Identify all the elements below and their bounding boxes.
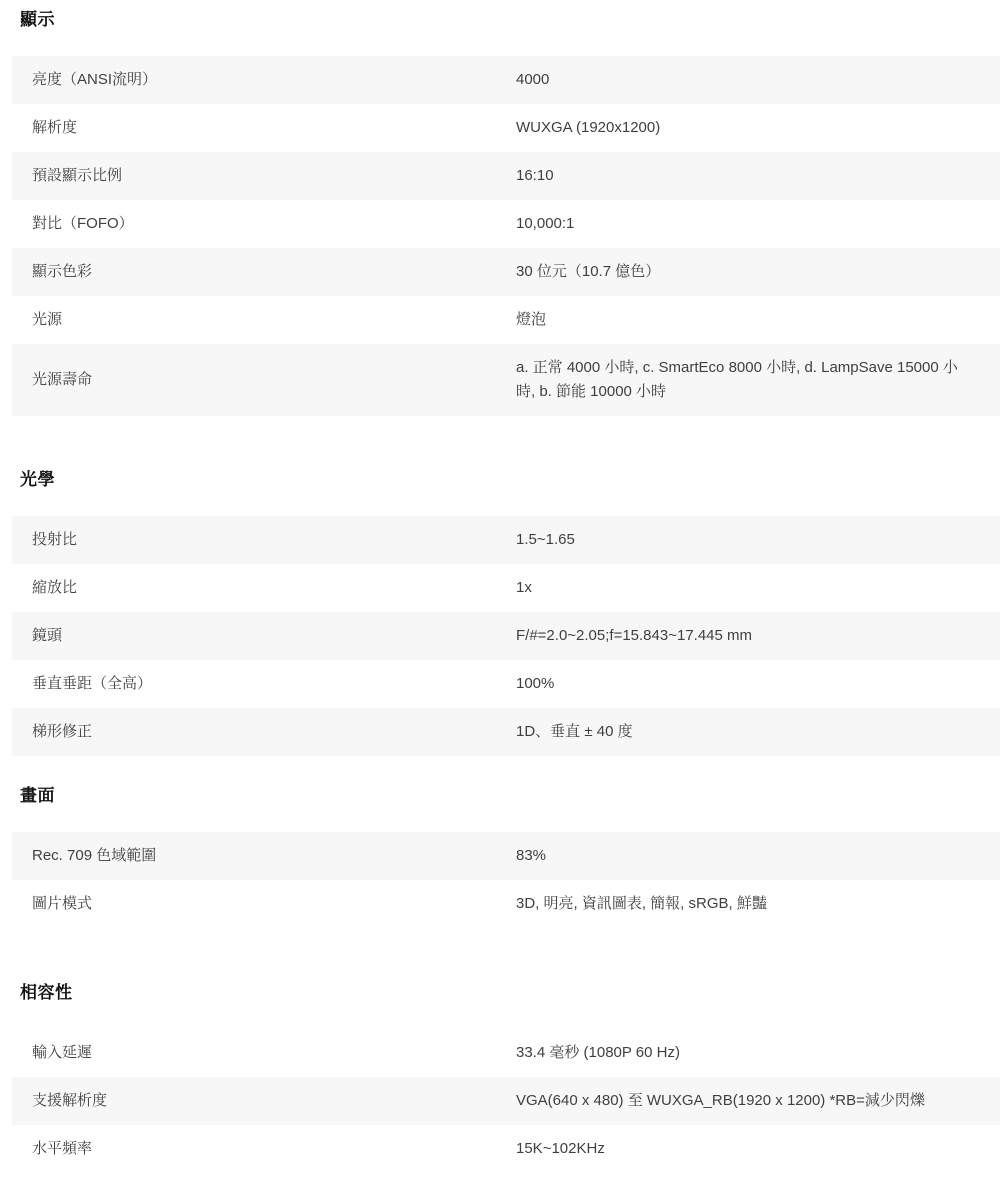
spec-value: 16:10 [516, 164, 970, 188]
spec-value: 4000 [516, 68, 970, 92]
spec-label: 圖片模式 [32, 892, 516, 916]
spec-value: VGA(640 x 480) 至 WUXGA_RB(1920 x 1200) *… [516, 1089, 970, 1113]
spec-row: 對比（FOFO）10,000:1 [12, 200, 1000, 248]
spec-value: 1D、垂直 ± 40 度 [516, 720, 970, 744]
spec-label: 支援解析度 [32, 1089, 516, 1113]
section-title-compatibility: 相容性 [0, 983, 1000, 1003]
spec-row: 光源壽命a. 正常 4000 小時, c. SmartEco 8000 小時, … [12, 344, 1000, 416]
spec-label: 縮放比 [32, 576, 516, 600]
spec-label: 光源 [32, 308, 516, 332]
spec-row: 輸入延遲33.4 毫秒 (1080P 60 Hz) [12, 1029, 1000, 1077]
spec-row: 支援解析度VGA(640 x 480) 至 WUXGA_RB(1920 x 12… [12, 1077, 1000, 1125]
spec-value: 3D, 明亮, 資訊圖表, 簡報, sRGB, 鮮豔 [516, 892, 970, 916]
spec-value: a. 正常 4000 小時, c. SmartEco 8000 小時, d. L… [516, 356, 970, 404]
spec-value: 10,000:1 [516, 212, 970, 236]
spec-page: 顯示亮度（ANSI流明）4000解析度WUXGA (1920x1200)預設顯示… [0, 0, 1000, 1200]
spec-label: Rec. 709 色域範圍 [32, 844, 516, 868]
spec-row: 垂直垂距（全高）100% [12, 660, 1000, 708]
section-compatibility: 相容性輸入延遲33.4 毫秒 (1080P 60 Hz)支援解析度VGA(640… [0, 983, 1000, 1173]
spec-label: 顯示色彩 [32, 260, 516, 284]
section-optics: 光學投射比1.5~1.65縮放比1x鏡頭F/#=2.0~2.05;f=15.84… [0, 470, 1000, 756]
spec-label: 水平頻率 [32, 1137, 516, 1161]
spec-row: 亮度（ANSI流明）4000 [12, 56, 1000, 104]
spec-value: 33.4 毫秒 (1080P 60 Hz) [516, 1041, 970, 1065]
spec-row: 預設顯示比例16:10 [12, 152, 1000, 200]
spec-row: 光源燈泡 [12, 296, 1000, 344]
spec-row: 顯示色彩30 位元（10.7 億色） [12, 248, 1000, 296]
spec-row: Rec. 709 色域範圍83% [12, 832, 1000, 880]
spec-row: 解析度WUXGA (1920x1200) [12, 104, 1000, 152]
spec-label: 光源壽命 [32, 368, 516, 392]
spec-label: 垂直垂距（全高） [32, 672, 516, 696]
spec-row: 水平頻率15K~102KHz [12, 1125, 1000, 1173]
spec-row: 縮放比1x [12, 564, 1000, 612]
section-title-display: 顯示 [0, 10, 1000, 30]
spec-label: 鏡頭 [32, 624, 516, 648]
spec-label: 投射比 [32, 528, 516, 552]
spec-value: 燈泡 [516, 308, 970, 332]
spec-row: 投射比1.5~1.65 [12, 516, 1000, 564]
spec-label: 輸入延遲 [32, 1041, 516, 1065]
spec-label: 亮度（ANSI流明） [32, 68, 516, 92]
spec-value: WUXGA (1920x1200) [516, 116, 970, 140]
spec-label: 梯形修正 [32, 720, 516, 744]
section-title-optics: 光學 [0, 470, 1000, 490]
spec-value: 1.5~1.65 [516, 528, 970, 552]
spec-value: 83% [516, 844, 970, 868]
spec-label: 預設顯示比例 [32, 164, 516, 188]
spec-value: 1x [516, 576, 970, 600]
spec-label: 對比（FOFO） [32, 212, 516, 236]
spec-value: 100% [516, 672, 970, 696]
spec-row: 圖片模式3D, 明亮, 資訊圖表, 簡報, sRGB, 鮮豔 [12, 880, 1000, 928]
spec-row: 鏡頭F/#=2.0~2.05;f=15.843~17.445 mm [12, 612, 1000, 660]
section-display: 顯示亮度（ANSI流明）4000解析度WUXGA (1920x1200)預設顯示… [0, 10, 1000, 416]
section-title-picture: 畫面 [0, 786, 1000, 806]
section-picture: 畫面Rec. 709 色域範圍83%圖片模式3D, 明亮, 資訊圖表, 簡報, … [0, 786, 1000, 928]
spec-label: 解析度 [32, 116, 516, 140]
spec-value: 15K~102KHz [516, 1137, 970, 1161]
spec-value: 30 位元（10.7 億色） [516, 260, 970, 284]
spec-row: 梯形修正1D、垂直 ± 40 度 [12, 708, 1000, 756]
spec-value: F/#=2.0~2.05;f=15.843~17.445 mm [516, 624, 970, 648]
